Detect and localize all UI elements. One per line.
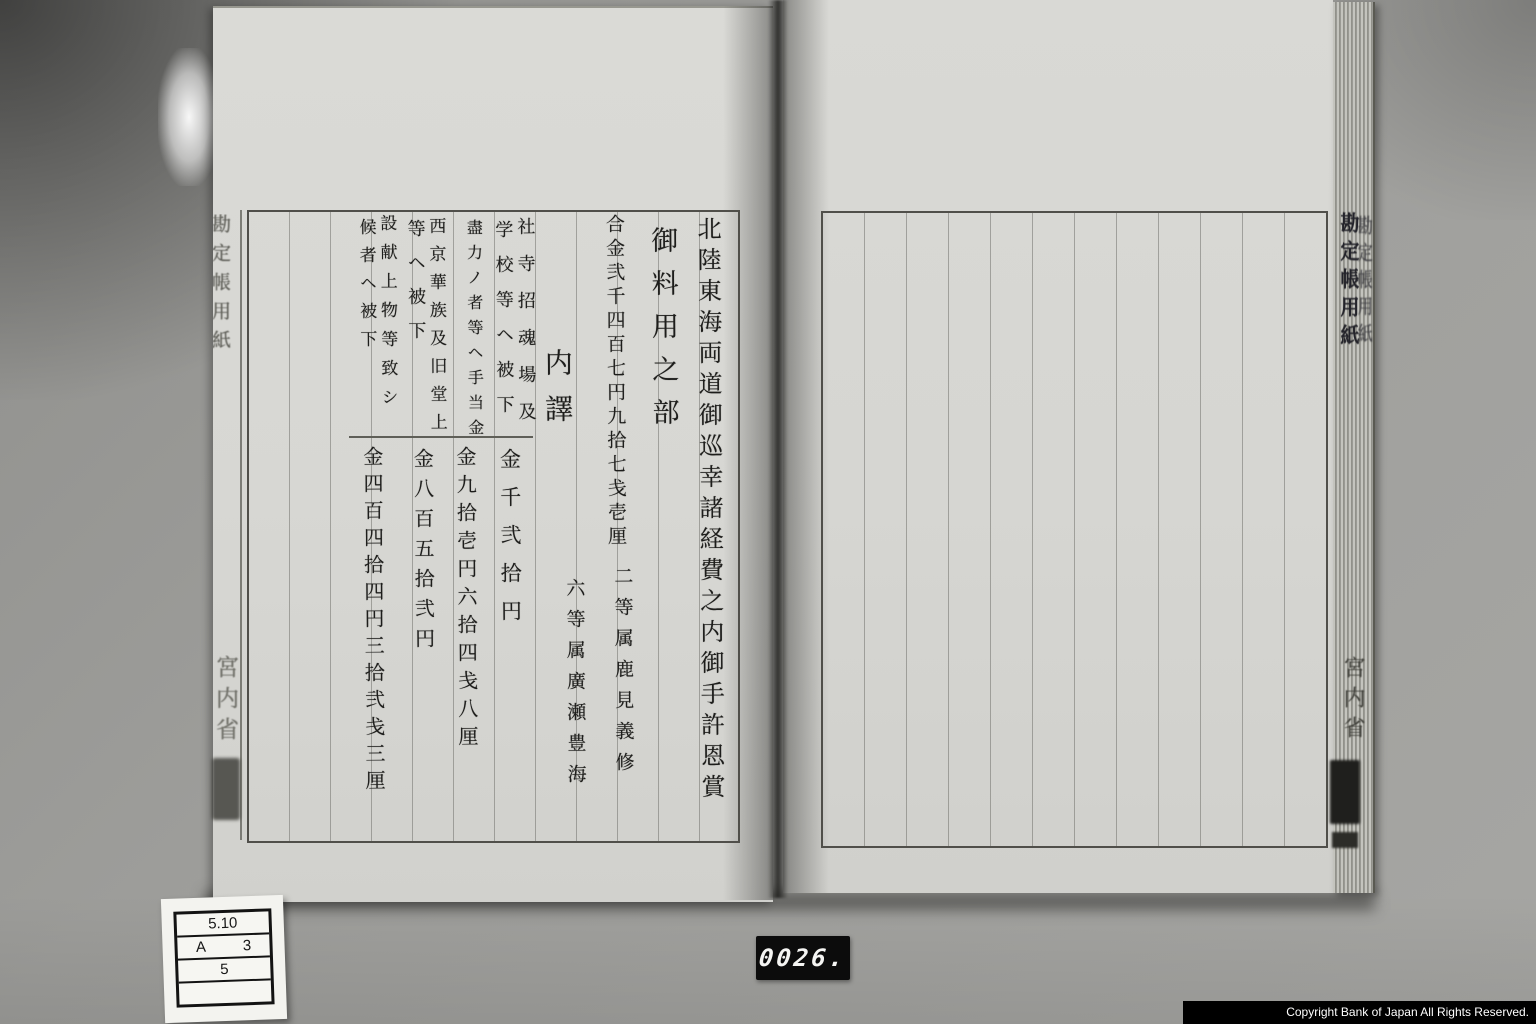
book-gutter (768, 0, 788, 898)
left-edge-agency-label: 宮内省 (213, 655, 243, 755)
shelf-label-row-2: A 3 (177, 934, 270, 960)
shelf-label-row-2-right: 3 (242, 937, 251, 954)
left-edge-stamp-mark (212, 758, 240, 820)
official-name-2: 六等属廣瀬豊海 (561, 578, 590, 795)
fore-edge-running-label-2: 勘定帳用紙 (1354, 215, 1376, 350)
official-name-1: 二等属鹿見義修 (609, 566, 638, 783)
copyright-notice: Copyright Bank of Japan All Rights Reser… (1183, 1001, 1536, 1024)
shelf-label-row-2-left: A (196, 939, 207, 956)
light-glare-spot (158, 48, 220, 186)
entry-2-amount: 金九拾壱円六拾四戋八厘 (451, 446, 482, 754)
total-amount-line: 合金弐千四百七円九拾七戋壱厘 (601, 214, 630, 550)
section-heading: 御料用之部 (642, 226, 683, 441)
left-edge-running-label: 勘定帳用紙 (213, 214, 243, 394)
shelf-label-grid: 5.10 A 3 5 (173, 908, 274, 1007)
archive-shelf-label: 5.10 A 3 5 (161, 895, 287, 1023)
entry-3-amount: 金八百五拾弐円 (408, 448, 438, 658)
entry-1-amount: 金千弐拾円 (494, 448, 525, 638)
breakdown-heading: 内譯 (537, 348, 578, 440)
fore-edge-agency-label: 宮内省 (1337, 656, 1368, 746)
shelf-label-row-4-empty (179, 980, 272, 1004)
left-edge-running-label-text: 勘定帳用紙 (213, 214, 234, 359)
left-edge-agency-label-text: 宮内省 (213, 655, 242, 748)
fore-edge-stamp-mark-small (1332, 832, 1358, 848)
ledger-title: 北陸東海両道御巡幸諸経費之内御手許恩賞 (690, 216, 729, 805)
fore-edge-stamp-mark (1330, 760, 1360, 824)
ruled-frame-right-page-blank (821, 211, 1328, 848)
entry-3-label-line-2: 等ヘ被下 (402, 219, 429, 355)
frame-counter-digits: 0026. (758, 944, 848, 972)
entry-2-label-line-1: 盡力ノ者等ヘ手当金 (462, 219, 487, 444)
scanned-ledger-photo: 北陸東海両道御巡幸諸経費之内御手許恩賞 御料用之部 合金弐千四百七円九拾七戋壱厘… (0, 0, 1536, 1024)
entry-4-amount: 金四百四拾四円三拾弐戋三厘 (358, 446, 389, 797)
frame-counter: 0026. (756, 936, 850, 980)
shelf-label-row-1: 5.10 (176, 911, 269, 937)
entry-1-label-line-2: 学校等ヘ被下 (489, 220, 516, 430)
entry-4-label-line-2: 候者ヘ被下 (354, 218, 380, 358)
shelf-label-row-3: 5 (178, 957, 271, 983)
